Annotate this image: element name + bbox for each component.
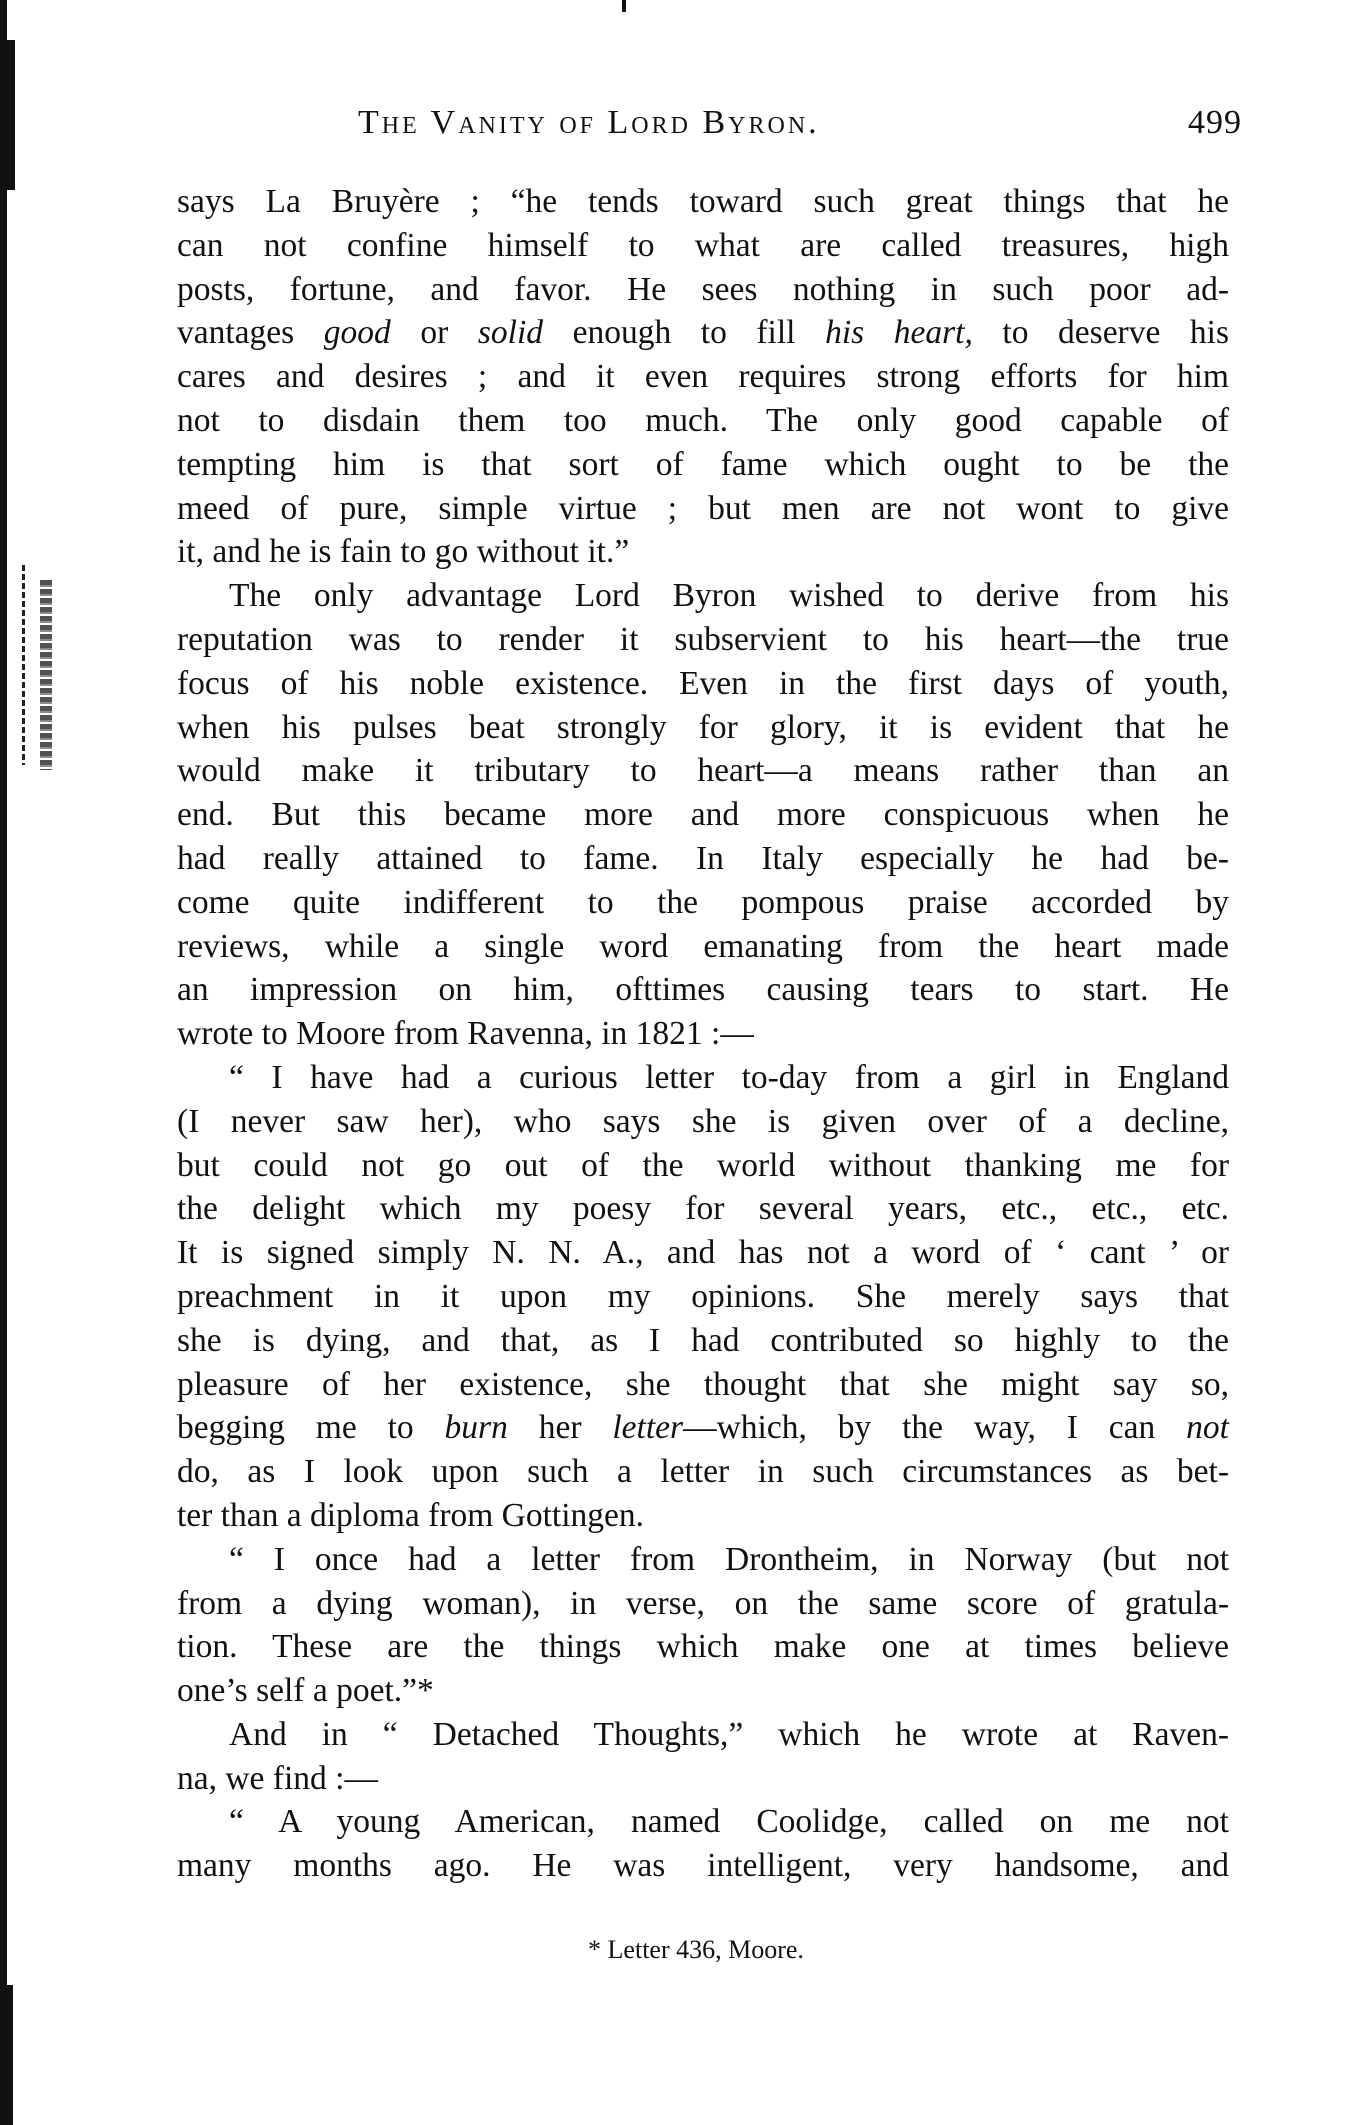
paragraph: “ I have had a curious letter to-day fro…	[177, 1056, 1229, 1538]
text-run: “ I once had a letter from Drontheim, in…	[229, 1541, 1229, 1578]
text-line: it, and he is fain to go without it.”	[177, 530, 1229, 574]
text-run: her	[508, 1409, 613, 1446]
scan-binding-shadow-top	[0, 40, 15, 190]
footnote: * Letter 436, Moore.	[0, 1935, 1372, 1965]
text-run: to deserve his	[973, 314, 1229, 351]
text-run: from a dying woman), in verse, on the sa…	[177, 1585, 1229, 1622]
text-line: reputation was to render it subservient …	[177, 618, 1229, 662]
text-line: meed of pure, simple virtue ; but men ar…	[177, 487, 1229, 531]
text-line: It is signed simply N. N. A., and has no…	[177, 1231, 1229, 1275]
body-text: says La Bruyère ; “he tends toward such …	[177, 180, 1229, 1888]
text-run: na, we find :—	[177, 1760, 378, 1797]
text-line: reviews, while a single word emanating f…	[177, 925, 1229, 969]
text-line: the delight which my poesy for several y…	[177, 1187, 1229, 1231]
scan-binding-edge	[0, 0, 7, 2125]
text-line: na, we find :—	[177, 1757, 1229, 1801]
text-line: ter than a diploma from Gottingen.	[177, 1494, 1229, 1538]
text-line: would make it tributary to heart—a means…	[177, 749, 1229, 793]
text-line: vantages good or solid enough to fill hi…	[177, 311, 1229, 355]
italic-run: good	[324, 314, 391, 351]
italic-run: burn	[445, 1409, 508, 1446]
text-run: “ A young American, named Coolidge, call…	[229, 1803, 1229, 1840]
text-line: do, as I look upon such a letter in such…	[177, 1450, 1229, 1494]
italic-run: not	[1186, 1409, 1229, 1446]
text-line: posts, fortune, and favor. He sees nothi…	[177, 268, 1229, 312]
paragraph: And in “ Detached Thoughts,” which he wr…	[177, 1713, 1229, 1801]
text-line: cares and desires ; and it even requires…	[177, 355, 1229, 399]
italic-run: solid	[478, 314, 543, 351]
text-run: one’s self a poet.”*	[177, 1672, 434, 1709]
text-run: (I never saw her), who says she is given…	[177, 1103, 1229, 1140]
italic-run: letter	[612, 1409, 683, 1446]
text-run: The only advantage Lord Byron wished to …	[229, 577, 1229, 614]
scan-bleed-mark	[40, 580, 52, 770]
text-run: cares and desires ; and it even requires…	[177, 358, 1229, 395]
text-line: from a dying woman), in verse, on the sa…	[177, 1582, 1229, 1626]
text-line: can not confine himself to what are call…	[177, 224, 1229, 268]
text-run: or	[391, 314, 478, 351]
text-run: And in “ Detached Thoughts,” which he wr…	[229, 1716, 1229, 1753]
text-run: come quite indifferent to the pompous pr…	[177, 884, 1229, 921]
text-run: reviews, while a single word emanating f…	[177, 928, 1229, 965]
text-run: but could not go out of the world withou…	[177, 1147, 1229, 1184]
running-head-title: The Vanity of Lord Byron.	[358, 104, 820, 142]
text-run: not to disdain them too much. The only g…	[177, 402, 1229, 439]
text-run: vantages	[177, 314, 324, 351]
text-run: had really attained to fame. In Italy es…	[177, 840, 1229, 877]
text-line: come quite indifferent to the pompous pr…	[177, 881, 1229, 925]
text-line: preachment in it upon my opinions. She m…	[177, 1275, 1229, 1319]
scan-speck	[622, 0, 626, 12]
text-run: the delight which my poesy for several y…	[177, 1190, 1229, 1227]
running-head: The Vanity of Lord Byron. 499	[358, 104, 1242, 144]
paragraph: says La Bruyère ; “he tends toward such …	[177, 180, 1229, 574]
text-run: tion. These are the things which make on…	[177, 1628, 1229, 1665]
text-run: meed of pure, simple virtue ; but men ar…	[177, 490, 1229, 527]
text-line: The only advantage Lord Byron wished to …	[177, 574, 1229, 618]
text-line: but could not go out of the world withou…	[177, 1144, 1229, 1188]
text-run: “ I have had a curious letter to-day fro…	[229, 1059, 1229, 1096]
text-run: focus of his noble existence. Even in th…	[177, 665, 1229, 702]
text-run: when his pulses beat strongly for glory,…	[177, 709, 1229, 746]
text-run: ter than a diploma from Gottingen.	[177, 1497, 644, 1534]
text-run: says La Bruyère ; “he tends toward such …	[177, 183, 1229, 220]
text-line: one’s self a poet.”*	[177, 1669, 1229, 1713]
page-number: 499	[1188, 104, 1242, 142]
text-line: many months ago. He was intelligent, ver…	[177, 1844, 1229, 1888]
text-run: end. But this became more and more consp…	[177, 796, 1229, 833]
text-run: —which, by the way, I can	[683, 1409, 1186, 1446]
text-run: enough to fill	[543, 314, 825, 351]
text-run: would make it tributary to heart—a means…	[177, 752, 1229, 789]
text-run: tempting him is that sort of fame which …	[177, 446, 1229, 483]
text-line: she is dying, and that, as I had contrib…	[177, 1319, 1229, 1363]
text-line: had really attained to fame. In Italy es…	[177, 837, 1229, 881]
text-line: “ I once had a letter from Drontheim, in…	[177, 1538, 1229, 1582]
text-line: “ A young American, named Coolidge, call…	[177, 1800, 1229, 1844]
text-run: do, as I look upon such a letter in such…	[177, 1453, 1229, 1490]
text-run: can not confine himself to what are call…	[177, 227, 1229, 264]
text-line: pleasure of her existence, she thought t…	[177, 1363, 1229, 1407]
text-run: It is signed simply N. N. A., and has no…	[177, 1234, 1229, 1271]
text-line: “ I have had a curious letter to-day fro…	[177, 1056, 1229, 1100]
text-line: says La Bruyère ; “he tends toward such …	[177, 180, 1229, 224]
text-line: not to disdain them too much. The only g…	[177, 399, 1229, 443]
text-run: wrote to Moore from Ravenna, in 1821 :—	[177, 1015, 754, 1052]
text-line: focus of his noble existence. Even in th…	[177, 662, 1229, 706]
text-run: she is dying, and that, as I had contrib…	[177, 1322, 1229, 1359]
scan-binding-shadow-bottom	[0, 1985, 13, 2125]
italic-run: his heart,	[825, 314, 973, 351]
text-run: it, and he is fain to go without it.”	[177, 533, 629, 570]
text-run: many months ago. He was intelligent, ver…	[177, 1847, 1229, 1884]
text-line: tion. These are the things which make on…	[177, 1625, 1229, 1669]
text-run: an impression on him, ofttimes causing t…	[177, 971, 1229, 1008]
text-line: (I never saw her), who says she is given…	[177, 1100, 1229, 1144]
text-line: tempting him is that sort of fame which …	[177, 443, 1229, 487]
scan-bleed-mark	[22, 565, 25, 765]
text-run: reputation was to render it subservient …	[177, 621, 1229, 658]
text-run: begging me to	[177, 1409, 445, 1446]
paragraph: “ I once had a letter from Drontheim, in…	[177, 1538, 1229, 1713]
paragraph: “ A young American, named Coolidge, call…	[177, 1800, 1229, 1888]
text-line: when his pulses beat strongly for glory,…	[177, 706, 1229, 750]
text-line: wrote to Moore from Ravenna, in 1821 :—	[177, 1012, 1229, 1056]
paragraph: The only advantage Lord Byron wished to …	[177, 574, 1229, 1056]
text-line: end. But this became more and more consp…	[177, 793, 1229, 837]
text-line: begging me to burn her letter—which, by …	[177, 1406, 1229, 1450]
text-line: an impression on him, ofttimes causing t…	[177, 968, 1229, 1012]
text-line: And in “ Detached Thoughts,” which he wr…	[177, 1713, 1229, 1757]
text-run: preachment in it upon my opinions. She m…	[177, 1278, 1229, 1315]
text-run: pleasure of her existence, she thought t…	[177, 1366, 1229, 1403]
text-run: posts, fortune, and favor. He sees nothi…	[177, 271, 1229, 308]
